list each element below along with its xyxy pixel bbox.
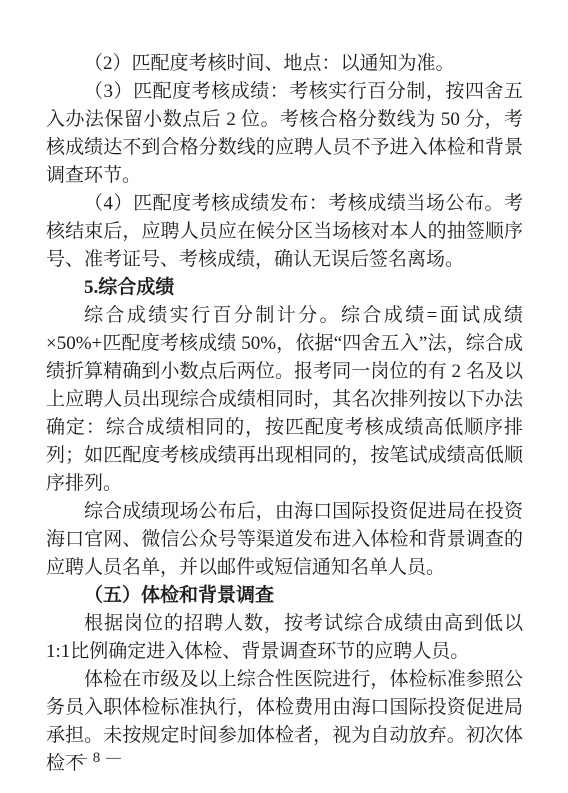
document-page: （2）匹配度考核时间、地点：以通知为准。 （3）匹配度考核成绩：考核实行百分制，…: [0, 0, 568, 793]
document-body: （2）匹配度考核时间、地点：以通知为准。 （3）匹配度考核成绩：考核实行百分制，…: [46, 50, 523, 778]
paragraph-item-4: （4）匹配度考核成绩发布：考核成绩当场公布。考核结束后，应聘人员应在候分区当场核…: [46, 190, 523, 274]
paragraph-item-2: （2）匹配度考核时间、地点：以通知为准。: [46, 50, 523, 78]
page-number: — 8 —: [72, 750, 122, 767]
paragraph-composite-score-rules: 综合成绩实行百分制计分。综合成绩=面试成绩×50%+匹配度考核成绩 50%，依据…: [46, 302, 523, 498]
paragraph-score-publication: 综合成绩现场公布后，由海口国际投资促进局在投资海口官网、微信公众号等渠道发布进入…: [46, 498, 523, 582]
subsection-heading-composite-score: 5.综合成绩: [46, 274, 523, 302]
paragraph-exam-ratio: 根据岗位的招聘人数，按考试综合成绩由高到低以 1:1比例确定进入体检、背景调查环…: [46, 610, 523, 666]
section-heading-physical-exam: （五）体检和背景调查: [46, 582, 523, 610]
paragraph-item-3: （3）匹配度考核成绩：考核实行百分制，按四舍五入办法保留小数点后 2 位。考核合…: [46, 78, 523, 190]
